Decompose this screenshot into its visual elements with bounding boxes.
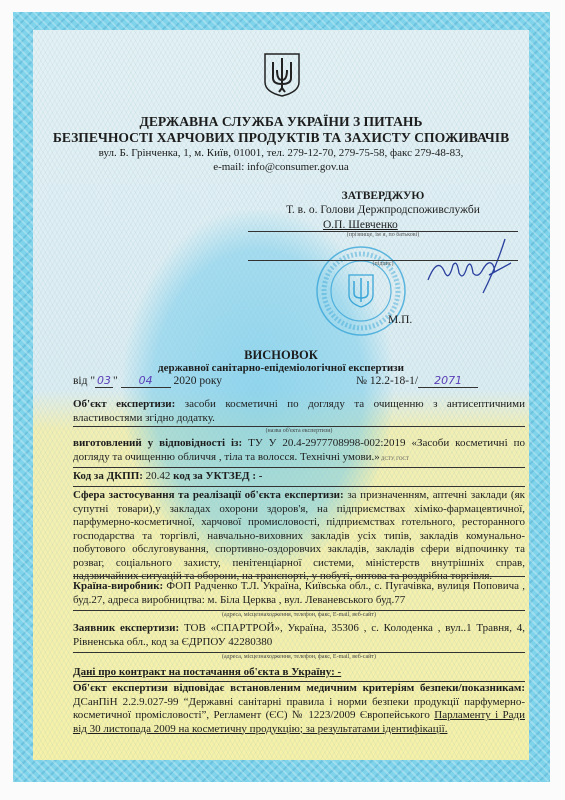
certificate-page: ДЕРЖАВНА СЛУЖБА УКРАЇНИ З ПИТАНЬ БЕЗПЕЧН… <box>33 30 529 760</box>
org-name-line2: БЕЗПЕЧНОСТІ ХАРЧОВИХ ПРОДУКТІВ ТА ЗАХИСТ… <box>33 130 529 146</box>
divider <box>73 426 525 427</box>
divider <box>73 486 525 487</box>
object-label: Об'єкт експертизи: <box>73 398 175 410</box>
divider <box>73 610 525 611</box>
name-caption: (прізвище, ім`я, по батькові) <box>248 232 518 238</box>
country-caption: (адреса, місцезнаходження, телефон, факс… <box>73 612 525 618</box>
made-label: виготовлений у відповідності із: <box>73 437 242 449</box>
scope-label: Сфера застосування та реалізації об'єкта… <box>73 489 344 501</box>
conclusion-subtitle: державної санітарно-епідеміологічної екс… <box>33 362 529 374</box>
contract-section: Дані про контракт на постачання об'єкта … <box>73 666 525 680</box>
made-section: виготовлений у відповідності із: ТУ У 20… <box>73 437 525 466</box>
approver-position: Т. в. о. Голови Держпродспоживслужби <box>248 204 518 216</box>
country-section: Країна-виробник: ФОП Радченко Т.Л. Украї… <box>73 580 525 607</box>
certificate-border: ДЕРЖАВНА СЛУЖБА УКРАЇНИ З ПИТАНЬ БЕЗПЕЧН… <box>13 12 550 782</box>
contract-label: Дані про контракт на постачання об'єкта … <box>73 666 341 678</box>
scope-section: Сфера застосування та реалізації об'єкта… <box>73 489 525 584</box>
date-day: 03 <box>95 374 113 388</box>
approver-name-line: О.П. Шевченко <box>248 217 518 232</box>
date-prefix: від " <box>73 375 95 387</box>
scope-text: за призначенням, аптечні заклади (як суп… <box>73 489 525 582</box>
divider <box>73 576 525 577</box>
org-name-line1: ДЕРЖАВНА СЛУЖБА УКРАЇНИ З ПИТАНЬ <box>33 114 529 130</box>
code-section: Код за ДКПП: 20.42 код за УКТЗЕД : - <box>73 470 525 484</box>
approval-block: ЗАТВЕРДЖУЮ Т. в. о. Голови Держпродспожи… <box>248 190 518 267</box>
seal-label: М.П. <box>388 314 412 326</box>
applicant-caption: (адреса, місцезнаходження, телефон, факс… <box>73 654 525 660</box>
object-caption: (назва об'єкта експертизи) <box>73 428 525 434</box>
code-label: Код за ДКПП: <box>73 470 143 482</box>
code-value: 20.42 <box>143 470 173 482</box>
conclusion-title: ВИСНОВОК <box>33 348 529 363</box>
divider <box>73 467 525 468</box>
date-month: 04 <box>121 374 171 388</box>
trident-coat-of-arms-icon <box>262 52 302 98</box>
date-year: 2020 року <box>174 375 223 387</box>
number-prefix: № 12.2-18-1/ <box>356 375 418 387</box>
compliance-section: Об'єкт експертизи відповідає встановлени… <box>73 682 525 736</box>
approver-name: О.П. Шевченко <box>323 219 398 231</box>
compliance-label: Об'єкт експертизи відповідає встановлени… <box>73 682 525 694</box>
applicant-section: Заявник експертизи: ТОВ «СПАРТРОЙ», Укра… <box>73 622 525 649</box>
divider <box>73 652 525 653</box>
applicant-label: Заявник експертизи: <box>73 622 179 634</box>
made-suffix: ДСТУ, ГОСТ <box>380 457 409 462</box>
signature-caption: (підпис) <box>248 261 518 267</box>
code-label2: код за УКТЗЕД : - <box>173 470 262 482</box>
date-number-line: від "03" 04 2020 року № 12.2-18-1/2071 <box>73 374 503 388</box>
approval-title: ЗАТВЕРДЖУЮ <box>248 190 518 202</box>
conclusion-number: № 12.2-18-1/2071 <box>356 374 478 388</box>
object-section: Об'єкт експертизи: засоби косметичні по … <box>73 398 525 425</box>
date-quote: " <box>113 375 118 387</box>
signature-line <box>248 240 518 261</box>
org-email: e-mail: info@consumer.gov.ua <box>33 160 529 174</box>
country-label: Країна-виробник: <box>73 580 163 592</box>
number-handwritten: 2071 <box>418 374 478 388</box>
org-address: вул. Б. Грінченка, 1, м. Київ, 01001, те… <box>33 146 529 160</box>
